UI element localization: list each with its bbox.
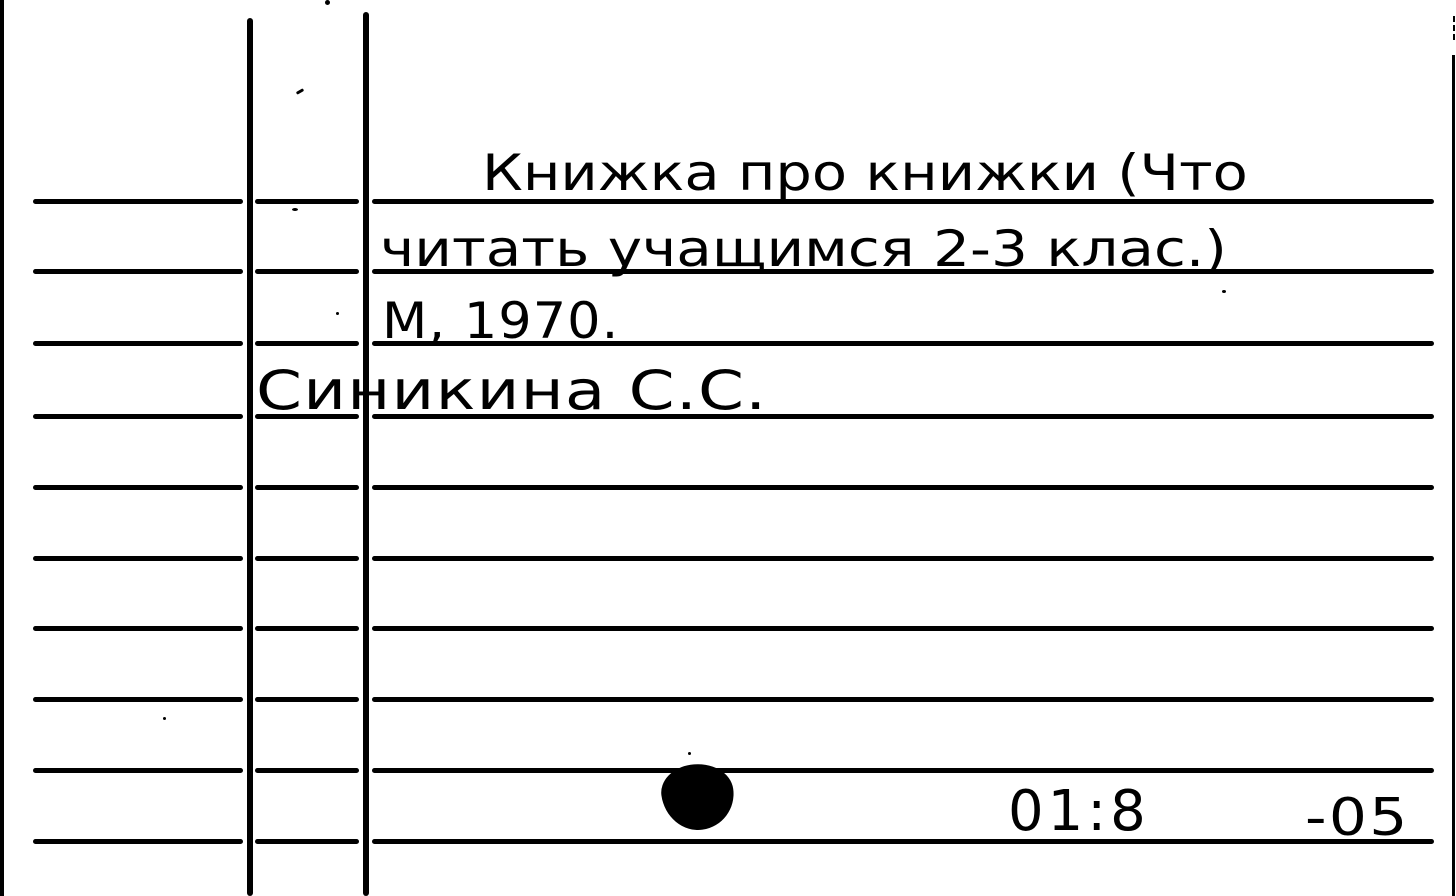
ruled-line [255, 839, 359, 844]
ruled-line [33, 485, 243, 490]
ruled-line [372, 839, 1434, 844]
ruled-line [33, 697, 243, 702]
title-line-1: Книжка про книжки (Что [482, 148, 1248, 198]
ruled-line [255, 626, 359, 631]
ruled-line [33, 341, 243, 346]
ruled-line [255, 768, 359, 773]
speck [233, 271, 236, 274]
speck [325, 0, 330, 5]
ruled-line [33, 839, 243, 844]
suffix-code: -05 [1305, 792, 1410, 844]
ruled-line [255, 341, 359, 346]
ruled-line [255, 556, 359, 561]
ruled-line [255, 269, 359, 274]
margin-line-left [247, 18, 253, 896]
speck [688, 752, 691, 755]
margin-line-right [363, 12, 369, 896]
ruled-line [372, 626, 1434, 631]
speck [163, 717, 166, 720]
card-right-edge [1452, 55, 1455, 896]
speck [336, 312, 339, 315]
ruled-line [33, 269, 243, 274]
ruled-line [255, 199, 359, 204]
ruled-line [33, 626, 243, 631]
ruled-line [33, 768, 243, 773]
author-name: Синикина С.С. [256, 364, 767, 418]
ruled-line [255, 697, 359, 702]
speck [292, 208, 298, 211]
ruled-line [33, 556, 243, 561]
ruled-line [33, 414, 243, 419]
ruled-line [255, 485, 359, 490]
ruled-line [33, 199, 243, 204]
catalog-card: Книжка про книжки (Что читать учащимся 2… [0, 0, 1456, 896]
ruled-line [372, 768, 1434, 773]
speck [296, 88, 304, 95]
classification-code: 01:8 [1008, 784, 1150, 840]
ruled-line [372, 485, 1434, 490]
speck [1222, 290, 1226, 293]
title-line-2: читать учащимся 2-3 клас.) [380, 224, 1227, 274]
ruled-line [372, 556, 1434, 561]
card-left-edge [0, 0, 4, 896]
ruled-line [372, 697, 1434, 702]
publication-info: М, 1970. [382, 296, 619, 346]
